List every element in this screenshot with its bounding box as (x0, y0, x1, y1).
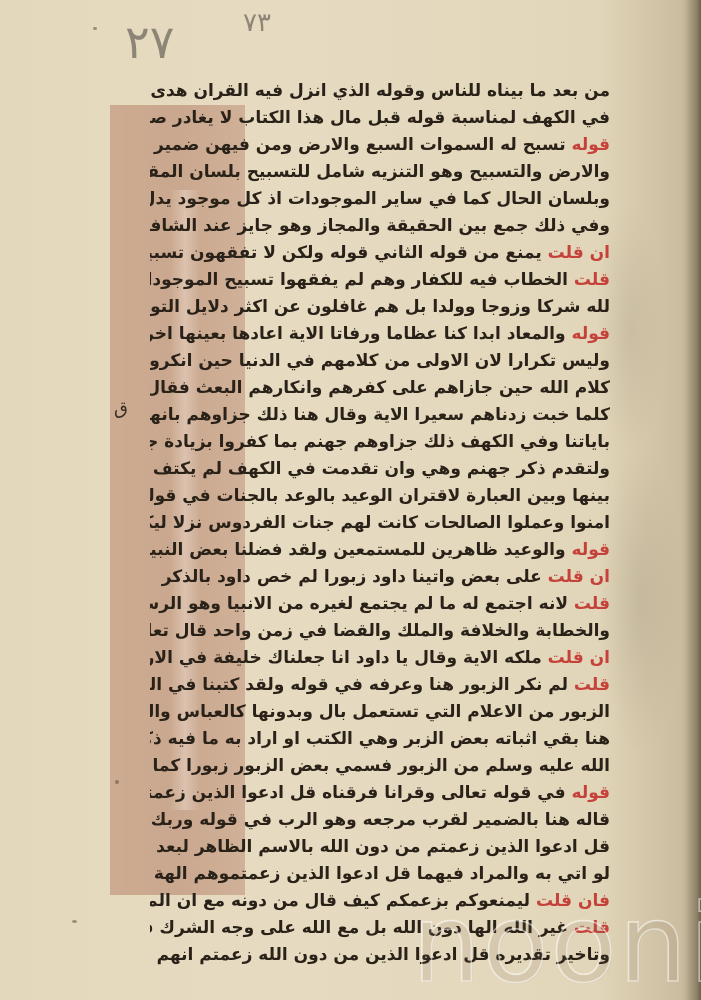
line-text: باياتنا وفي الكهف ذلك جزاوهم جهنم بما كف… (150, 432, 610, 452)
rubric-word: قوله (566, 135, 610, 155)
text-line: قوله والمعاد ابدا كنا عظاما ورفاتا الاية… (150, 321, 610, 348)
rubric-word: قلت (568, 270, 610, 290)
line-text: والمعاد ابدا كنا عظاما ورفاتا الاية اعاد… (150, 324, 566, 344)
text-line: قلت لانه اجتمع له ما لم يجتمع لغيره من ا… (150, 591, 610, 618)
line-text: الله عليه وسلم من الزبور فسمي بعض الزبور… (150, 756, 610, 776)
line-text: الخطاب فيه للكفار وهم لم يفقهوا تسبيح ال… (150, 270, 568, 290)
line-text: بينها وبين العبارة لاقتران الوعيد بالوعد… (150, 486, 610, 506)
line-text: الزبور من الاعلام التي تستعمل بال وبدونه… (150, 702, 610, 722)
line-text: والوعيد ظاهرين للمستمعين ولقد فضلنا بعض … (150, 540, 566, 560)
paper-speck (115, 780, 119, 784)
line-text: على بعض واتينا داود زبورا لم خص داود بال… (162, 567, 542, 587)
line-text: امنوا وعملوا الصالحات كانت لهم جنات الفر… (150, 513, 610, 533)
line-text: والخطابة والخلافة والملك والقضا في زمن و… (150, 621, 610, 641)
rubric-word: قلت (568, 594, 610, 614)
rubric-word: قوله (566, 540, 610, 560)
line-text: من بعد ما بيناه للناس وقوله الذي انزل في… (150, 81, 610, 101)
manuscript-text-block: من بعد ما بيناه للناس وقوله الذي انزل في… (150, 78, 610, 969)
text-line: في الكهف لمناسبة قوله قبل مال هذا الكتاب… (150, 105, 610, 132)
rubric-word: قلت (568, 675, 610, 695)
paper-speck (72, 920, 77, 923)
line-text: ملكه الاية وقال يا داود انا جعلناك خليفة… (150, 648, 542, 668)
text-line: والخطابة والخلافة والملك والقضا في زمن و… (150, 618, 610, 645)
line-text: لانه اجتمع له ما لم يجتمع لغيره من الانب… (150, 594, 568, 614)
line-text: لم نكر الزبور هنا وعرفه في قوله ولقد كتب… (150, 675, 568, 695)
rubric-word: قوله (566, 324, 610, 344)
rubric-word: ان قلت (542, 567, 610, 587)
page-edge-shadow (685, 0, 701, 1000)
paper-speck (93, 27, 97, 30)
line-text: ولتقدم ذكر جهنم وهي وان تقدمت في الكهف ل… (150, 459, 610, 479)
line-text: لله شركا وزوجا وولدا بل هم غافلون عن اكث… (150, 297, 610, 317)
line-text: وليس تكرارا لان الاولى من كلامهم في الدن… (150, 351, 610, 371)
line-text: لو اتي به والمراد فيهما قل ادعوا الذين ز… (150, 864, 610, 884)
text-line: لله شركا وزوجا وولدا بل هم غافلون عن اكث… (150, 294, 610, 321)
line-text: في قوله تعالى وقرانا فرقناه قل ادعوا الذ… (150, 783, 566, 803)
line-text: وفي ذلك جمع بين الحقيقة والمجاز وهو جايز… (150, 216, 610, 236)
margin-note: ق (114, 398, 128, 419)
text-line: من بعد ما بيناه للناس وقوله الذي انزل في… (150, 78, 610, 105)
watermark: noonir (412, 895, 701, 995)
text-line: ان قلت يمنع من قوله الثاني قوله ولكن لا … (150, 240, 610, 267)
line-text: يمنع من قوله الثاني قوله ولكن لا تفقهون … (150, 243, 542, 263)
folio-number-secondary: ٧٣ (243, 8, 271, 38)
text-line: قوله في قوله تعالى وقرانا فرقناه قل ادعو… (150, 780, 610, 807)
text-line: ان قلت ملكه الاية وقال يا داود انا جعلنا… (150, 645, 610, 672)
text-line: الله عليه وسلم من الزبور فسمي بعض الزبور… (150, 753, 610, 780)
text-line: قوله والوعيد ظاهرين للمستمعين ولقد فضلنا… (150, 537, 610, 564)
line-text: كلما خبت زدناهم سعيرا الاية وقال هنا ذلك… (150, 405, 610, 425)
text-line: ان قلت على بعض واتينا داود زبورا لم خص د… (150, 564, 610, 591)
line-text: هنا بقي اثباته بعض الزبر وهي الكتب او ار… (150, 729, 610, 749)
text-line: قاله هنا بالضمير لقرب مرجعه وهو الرب في … (150, 807, 610, 834)
manuscript-page: ٢٧ ٧٣ ق من بعد ما بيناه للناس وقوله الذي… (0, 0, 701, 1000)
text-line: قلت لم نكر الزبور هنا وعرفه في قوله ولقد… (150, 672, 610, 699)
folio-number-primary: ٢٧ (125, 15, 174, 69)
line-text: وبلسان الحال كما في ساير الموجودات اذ كل… (150, 189, 610, 209)
rubric-word: ان قلت (542, 243, 610, 263)
text-line: وبلسان الحال كما في ساير الموجودات اذ كل… (150, 186, 610, 213)
text-line: قلت الخطاب فيه للكفار وهم لم يفقهوا تسبي… (150, 267, 610, 294)
rubric-word: قوله (566, 783, 610, 803)
text-line: الزبور من الاعلام التي تستعمل بال وبدونه… (150, 699, 610, 726)
text-line: ولتقدم ذكر جهنم وهي وان تقدمت في الكهف ل… (150, 456, 610, 483)
line-text: قاله هنا بالضمير لقرب مرجعه وهو الرب في … (150, 810, 610, 830)
text-line: كلما خبت زدناهم سعيرا الاية وقال هنا ذلك… (150, 402, 610, 429)
text-line: بينها وبين العبارة لاقتران الوعيد بالوعد… (150, 483, 610, 510)
text-line: كلام الله حين جازاهم على كفرهم وانكارهم … (150, 375, 610, 402)
text-line: قل ادعوا الذين زعمتم من دون الله بالاسم … (150, 834, 610, 861)
text-line: قوله تسبح له السموات السبع والارض ومن في… (150, 132, 610, 159)
line-text: والارض والتسبيح وهو التنزيه شامل للتسبيح… (150, 162, 610, 182)
line-text: تسبح له السموات السبع والارض ومن فيهن ضم… (150, 135, 566, 155)
text-line: امنوا وعملوا الصالحات كانت لهم جنات الفر… (150, 510, 610, 537)
text-line: والارض والتسبيح وهو التنزيه شامل للتسبيح… (150, 159, 610, 186)
text-line: وليس تكرارا لان الاولى من كلامهم في الدن… (150, 348, 610, 375)
text-line: هنا بقي اثباته بعض الزبر وهي الكتب او ار… (150, 726, 610, 753)
line-text: قل ادعوا الذين زعمتم من دون الله بالاسم … (150, 837, 610, 857)
text-line: باياتنا وفي الكهف ذلك جزاوهم جهنم بما كف… (150, 429, 610, 456)
rubric-word: ان قلت (542, 648, 610, 668)
line-text: في الكهف لمناسبة قوله قبل مال هذا الكتاب… (150, 108, 610, 128)
line-text: كلام الله حين جازاهم على كفرهم وانكارهم … (150, 378, 610, 398)
text-line: وفي ذلك جمع بين الحقيقة والمجاز وهو جايز… (150, 213, 610, 240)
